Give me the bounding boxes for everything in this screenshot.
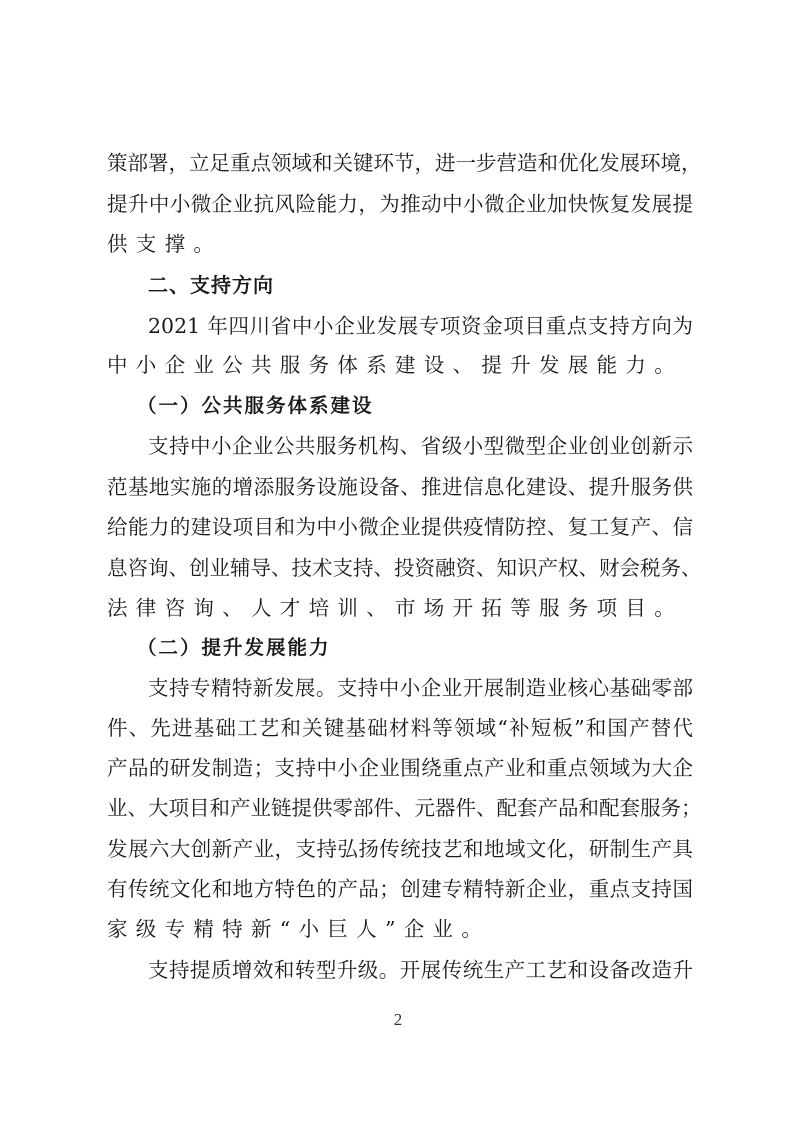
paragraph-line: 息咨询、创业辅导、技术支持、投资融资、知识产权、财会税务、 [107,553,693,583]
section-heading: 二、支持方向 [148,270,693,300]
subsection-heading: （二）提升发展能力 [137,633,723,663]
paragraph-line: 业、大项目和产业链提供零部件、元器件、配套产品和配套服务； [107,793,693,823]
paragraph-line: 发展六大创新产业，支持弘扬传统技艺和地域文化，研制生产具 [107,834,693,864]
paragraph-line: 有传统文化和地方特色的产品；创建专精特新企业，重点支持国 [107,874,693,904]
paragraph-line: 支持专精特新发展。支持中小企业开展制造业核心基础零部 [148,673,693,703]
paragraph-line: 中小企业公共服务体系建设、提升发展能力。 [107,350,693,380]
paragraph-line: 支持提质增效和转型升级。开展传统生产工艺和设备改造升 [148,955,693,985]
paragraph-line: 策部署，立足重点领域和关键环节，进一步营造和优化发展环境， [107,148,693,178]
paragraph-line: 件、先进基础工艺和关键基础材料等领域“补短板”和国产替代 [107,713,693,743]
paragraph-line: 2021 年四川省中小企业发展专项资金项目重点支持方向为 [148,311,693,341]
paragraph-line: 范基地实施的增添服务设施设备、推进信息化建设、提升服务供 [107,472,693,502]
paragraph-line: 给能力的建设项目和为中小微企业提供疫情防控、复工复产、信 [107,512,693,542]
paragraph-line: 产品的研发制造；支持中小企业围绕重点产业和重点领域为大企 [107,753,693,783]
paragraph-line: 法律咨询、人才培训、市场开拓等服务项目。 [107,593,693,623]
paragraph-line: 家级专精特新“小巨人”企业。 [107,914,693,944]
document-page: 策部署，立足重点领域和关键环节，进一步营造和优化发展环境， 提升中小微企业抗风险… [0,0,793,1122]
paragraph-line: 支持中小企业公共服务机构、省级小型微型企业创业创新示 [148,431,693,461]
subsection-heading: （一）公共服务体系建设 [137,391,723,421]
page-number: 2 [388,1010,408,1030]
paragraph-line: 供支撑。 [107,229,693,259]
paragraph-line: 提升中小微企业抗风险能力，为推动中小微企业加快恢复发展提 [107,189,693,219]
